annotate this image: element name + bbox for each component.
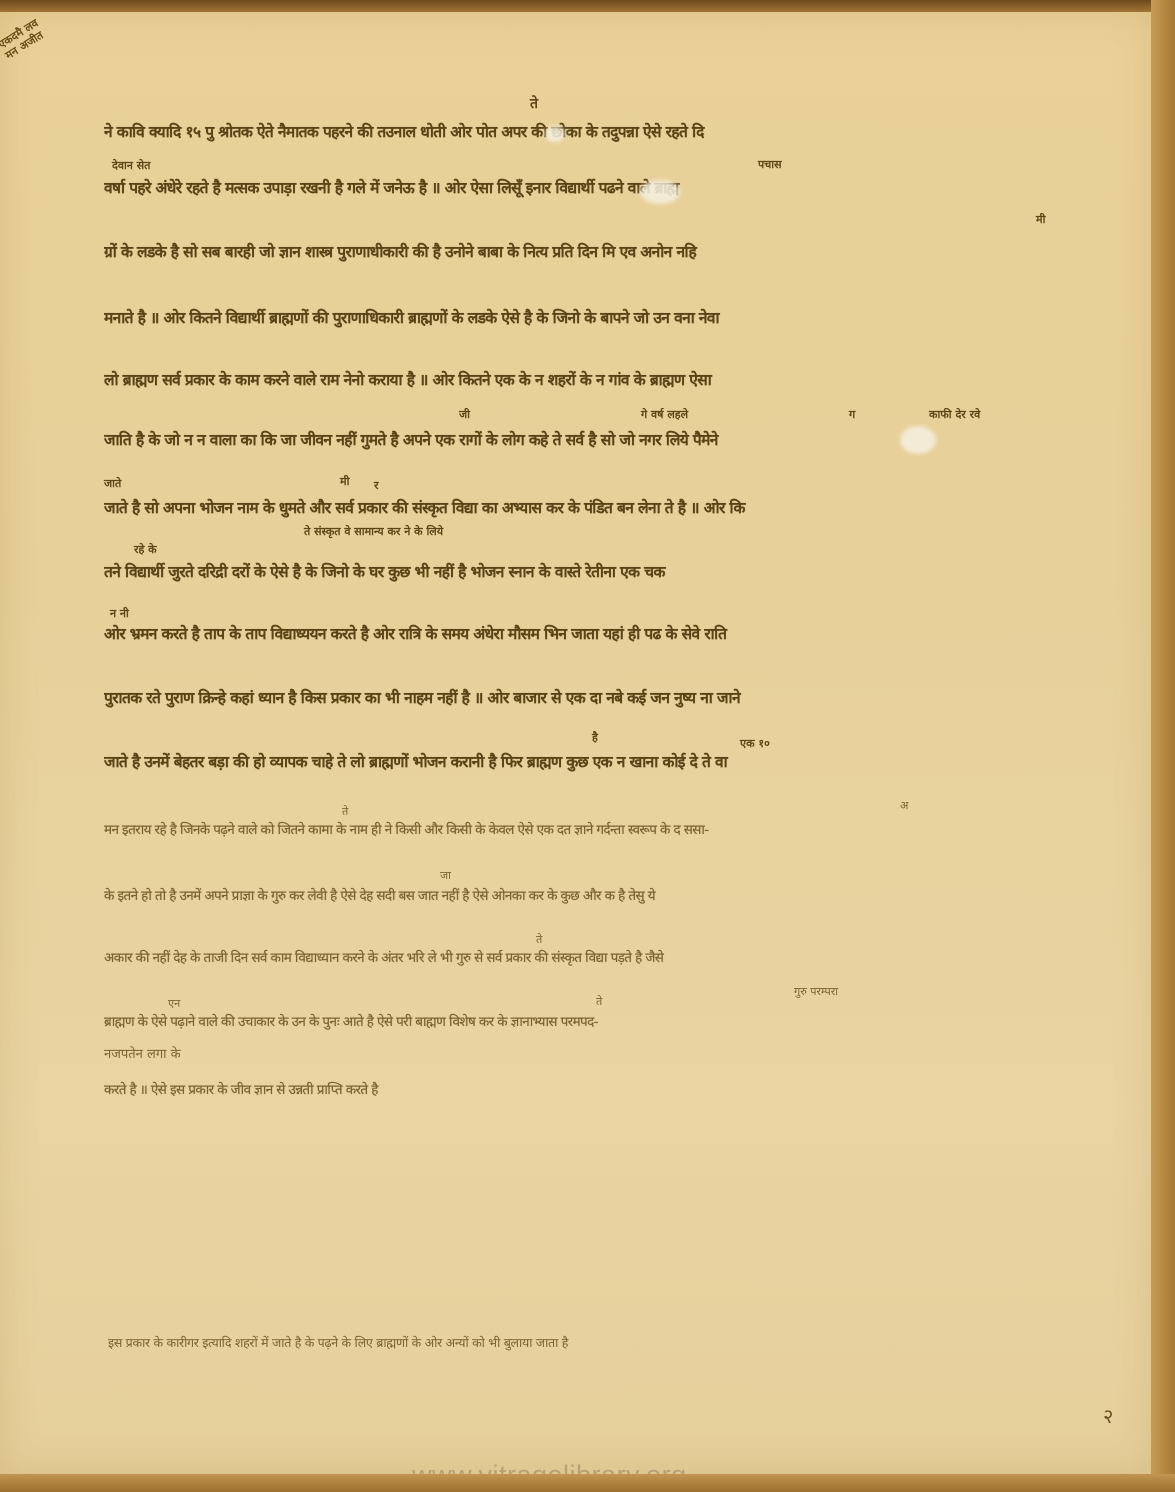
interlinear-annotation: जा [440,868,451,883]
interlinear-annotation: जाते [104,476,121,491]
text-line: ब्राह्मण के ऐसे पढ़ाने वाले की उचाकार के… [104,1012,1039,1030]
paper-blemish [640,180,680,204]
interlinear-annotation: एक १० [740,736,770,751]
interlinear-annotation: मी [1036,212,1045,227]
text-line: जाति है के जो न न वाला का कि जा जीवन नही… [104,428,1039,450]
text-line: जाते है सो अपना भोजन नाम के धुमते और सर्… [104,496,1039,518]
text-line: लो ब्राह्मण सर्व प्रकार के काम करने वाले… [104,368,1039,390]
text-line: ग्रों के लडके है सो सब बारही जो ज्ञान शा… [104,240,1039,262]
text-line: जाते है उनमें बेहतर बड़ा की हो व्यापक चा… [104,750,1039,772]
corner-annotation: एकदमै लव मन अजीत [0,16,47,62]
text-line: पुरातक रते पुराण क्रिन्हे कहां ध्यान है … [104,686,1039,708]
interlinear-annotation: पचास [758,157,782,172]
paper-blemish [900,426,936,454]
text-line: करते है ॥ ऐसे इस प्रकार के जीव ज्ञान से … [104,1080,1039,1098]
page-number: २ [1103,1402,1113,1429]
text-line: ने कावि क्यादि १५ पु श्रोतक ऐते नैमातक प… [104,120,1039,142]
paper-blemish [545,126,565,142]
footnote-line: इस प्रकार के कारीगर इत्यादि शहरों में जा… [108,1334,1008,1351]
text-line: वर्षा पहरे अंधेरे रहते है मत्सक उपाड़ा र… [104,176,1039,198]
text-line: मन इतराय रहे है जिनके पढ़ने वाले को जितन… [104,820,1039,838]
interlinear-annotation: रहे के [134,542,157,557]
manuscript-page: एकदमै लव मन अजीत ते ने कावि क्यादि १५ पु… [0,12,1152,1474]
interlinear-annotation: ते [596,994,602,1009]
interlinear-annotation: ग [849,407,855,422]
interlinear-annotation: जी [459,407,470,422]
interlinear-annotation: एन [168,996,180,1011]
interlinear-annotation: मी [340,474,349,489]
interlinear-annotation: गे वर्ष लहले [641,407,688,422]
text-line: मनाते है ॥ ओर कितने विद्यार्थी ब्राह्मणो… [104,306,1039,328]
interlinear-annotation: देवान सेत [112,158,150,173]
interlinear-annotation: ते [342,804,348,819]
interlinear-annotation: अ [900,798,908,813]
interlinear-annotation: है [592,730,598,745]
interlinear-annotation: ते संस्कृत वे सामान्य कर ने के लिये [304,524,443,539]
interlinear-annotation: काफी देर रवे [929,407,980,422]
text-line: अकार की नहीं देह के ताजी दिन सर्व काम वि… [104,948,1039,966]
interlinear-annotation: ते [530,94,538,113]
interlinear-annotation: गुरु परम्परा [794,984,838,999]
interlinear-annotation: ते [536,932,542,947]
text-line: ओर भ्रमन करते है ताप के ताप विद्याध्ययन … [104,622,1039,644]
interlinear-annotation: न नी [110,606,129,621]
interlinear-annotation: नजपतेन लगा के [104,1044,181,1062]
scan-frame-right [1151,0,1175,1492]
interlinear-annotation: र [374,478,379,493]
text-line: के इतने हो तो है उनमें अपने प्राज्ञा के … [104,886,1039,904]
text-line: तने विद्यार्थी जुरते दरिद्री दरों के ऐसे… [104,560,1039,582]
scan-frame-bottom [0,1474,1175,1492]
